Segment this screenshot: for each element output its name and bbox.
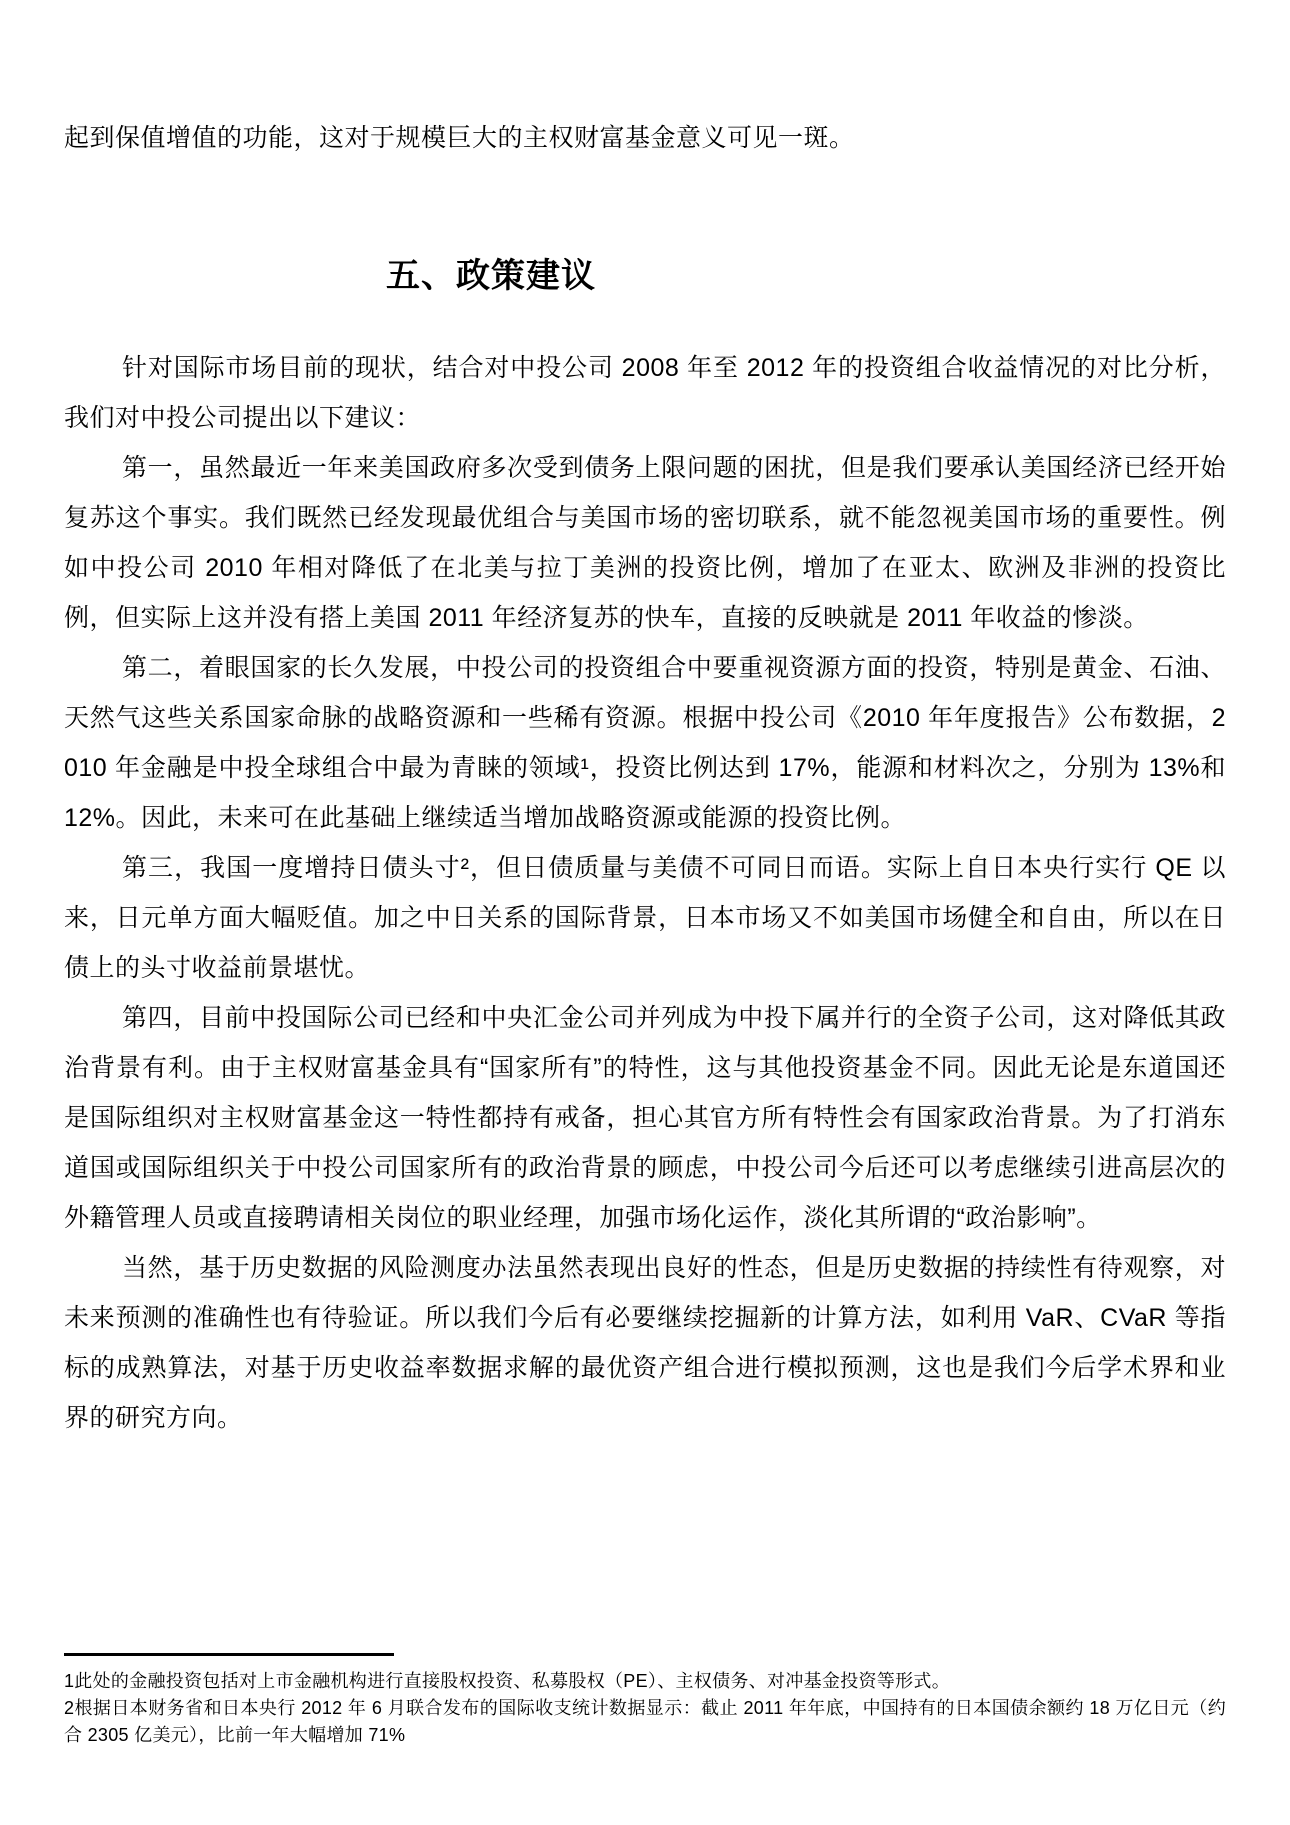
paragraph-recommendation-3: 第三，我国一度增持日债头寸²，但日债质量与美债不可同日而语。实际上自日本央行实行…: [64, 843, 1226, 993]
paragraph-recommendation-2: 第二，着眼国家的长久发展，中投公司的投资组合中要重视资源方面的投资，特别是黄金、…: [64, 643, 1226, 843]
paragraph-recommendation-4: 第四，目前中投国际公司已经和中央汇金公司并列成为中投下属并行的全资子公司，这对降…: [64, 993, 1226, 1243]
footnote-1: 1此处的金融投资包括对上市金融机构进行直接股权投资、私募股权（PE）、主权债务、…: [64, 1668, 1226, 1695]
paragraph-closing: 当然，基于历史数据的风险测度办法虽然表现出良好的性态，但是历史数据的持续性有待观…: [64, 1243, 1226, 1443]
document-page: 起到保值增值的功能，这对于规模巨大的主权财富基金意义可见一斑。 五、政策建议 针…: [64, 0, 1226, 1443]
footnote-separator-rule: [64, 1653, 394, 1656]
paragraph-intro: 针对国际市场目前的现状，结合对中投公司 2008 年至 2012 年的投资组合收…: [64, 343, 1226, 443]
paragraph-recommendation-1: 第一，虽然最近一年来美国政府多次受到债务上限问题的困扰，但是我们要承认美国经济已…: [64, 443, 1226, 643]
footnote-area: 1此处的金融投资包括对上市金融机构进行直接股权投资、私募股权（PE）、主权债务、…: [64, 1653, 1226, 1749]
section-heading: 五、政策建议: [386, 250, 1226, 302]
continuation-paragraph: 起到保值增值的功能，这对于规模巨大的主权财富基金意义可见一斑。: [64, 113, 1226, 163]
footnote-2: 2根据日本财务省和日本央行 2012 年 6 月联合发布的国际收支统计数据显示：…: [64, 1695, 1226, 1749]
